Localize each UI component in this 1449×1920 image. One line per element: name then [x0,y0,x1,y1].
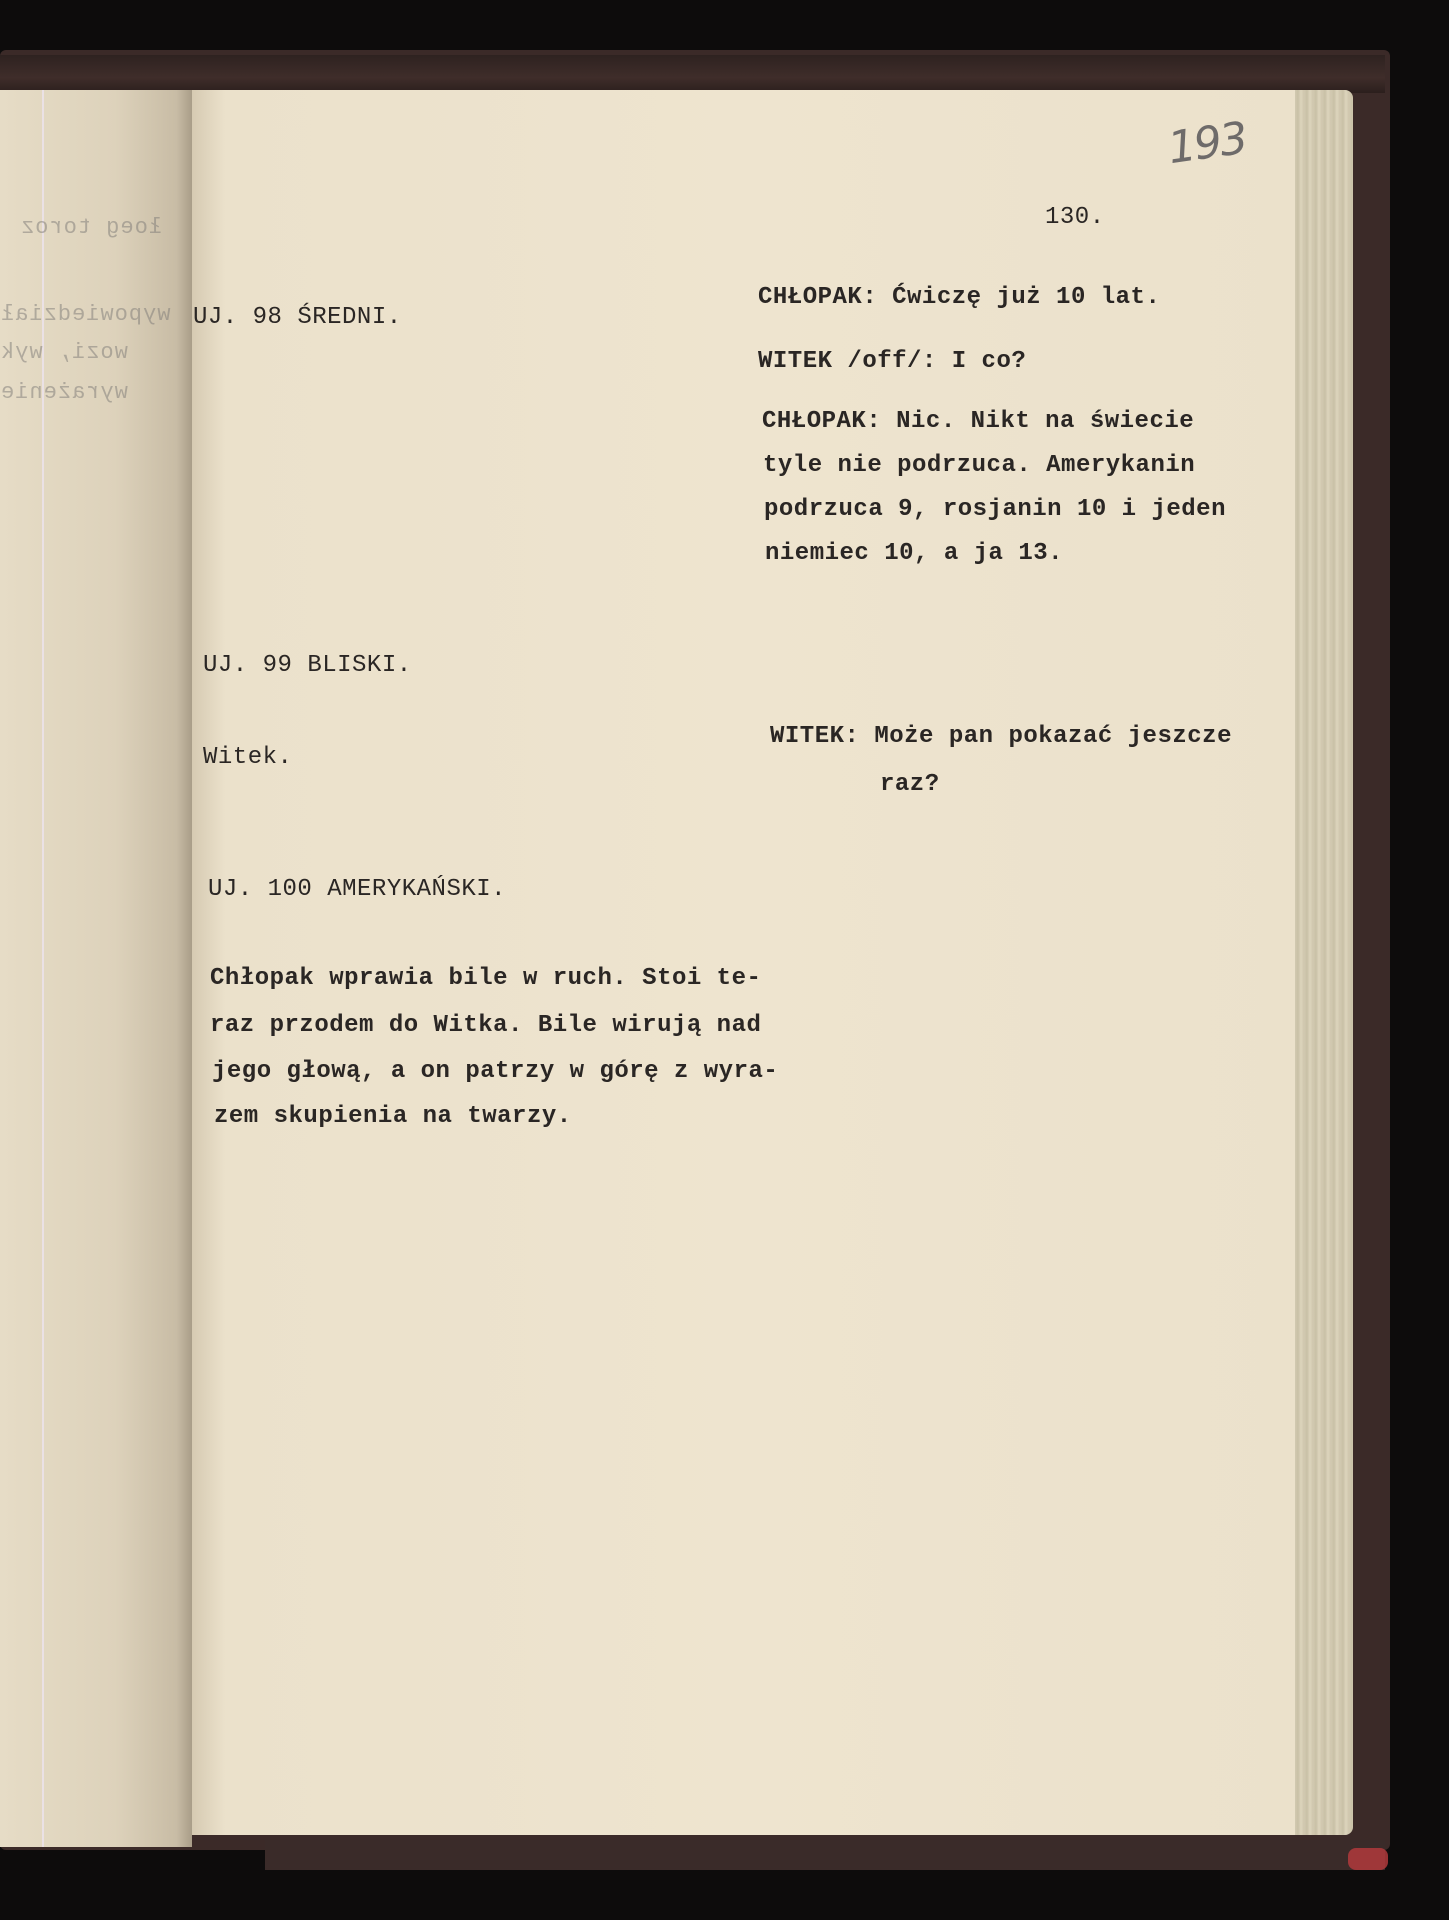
shot-100-heading: UJ. 100 AMERYKAŃSKI. [208,878,506,902]
shot-99-heading: UJ. 99 BLISKI. [203,654,412,678]
shot-99-subject: Witek. [203,746,292,770]
dialogue-line: CHŁOPAK: Nic. Nikt na świecie [762,410,1194,434]
page-edges [1295,90,1353,1835]
right-page [192,90,1302,1835]
dialogue-line: WITEK /off/: I co? [758,350,1026,374]
shot-100-action-line: jego głową, a on patrzy w górę z wyra- [212,1060,778,1084]
bleedthrough-line: wozi, wyk [0,340,128,365]
cover-bottom-edge [265,1840,1385,1870]
shot-100-action-line: raz przodem do Witka. Bile wirują nad [210,1014,761,1038]
cover-corner-wear [1348,1848,1388,1870]
bleedthrough-line: łoeg toroz [20,215,162,240]
typed-page-number: 130. [1045,206,1105,230]
shot-100-action-line: Chłopak wprawia bile w ruch. Stoi te- [210,967,761,991]
dialogue-line: WITEK: Może pan pokazać jeszcze [770,725,1232,749]
dialogue-line: raz? [880,773,940,797]
shot-100-action-line: zem skupienia na twarzy. [214,1105,572,1129]
dialogue-line: CHŁOPAK: Ćwiczę już 10 lat. [758,286,1160,310]
shot-98-heading: UJ. 98 ŚREDNI. [193,306,402,330]
dialogue-line: niemiec 10, a ja 13. [765,542,1063,566]
handwritten-folio-number: 193 [1165,113,1249,174]
cover-top-edge [0,55,1385,93]
dialogue-line: tyle nie podrzuca. Amerykanin [763,454,1195,478]
bleedthrough-line: wypowiedział [0,302,170,327]
bleedthrough-line: wyrażenie [0,380,128,405]
left-page: łoeg toroz wypowiedział wozi, wyk wyraże… [0,90,192,1847]
dialogue-line: podrzuca 9, rosjanin 10 i jeden [764,498,1226,522]
